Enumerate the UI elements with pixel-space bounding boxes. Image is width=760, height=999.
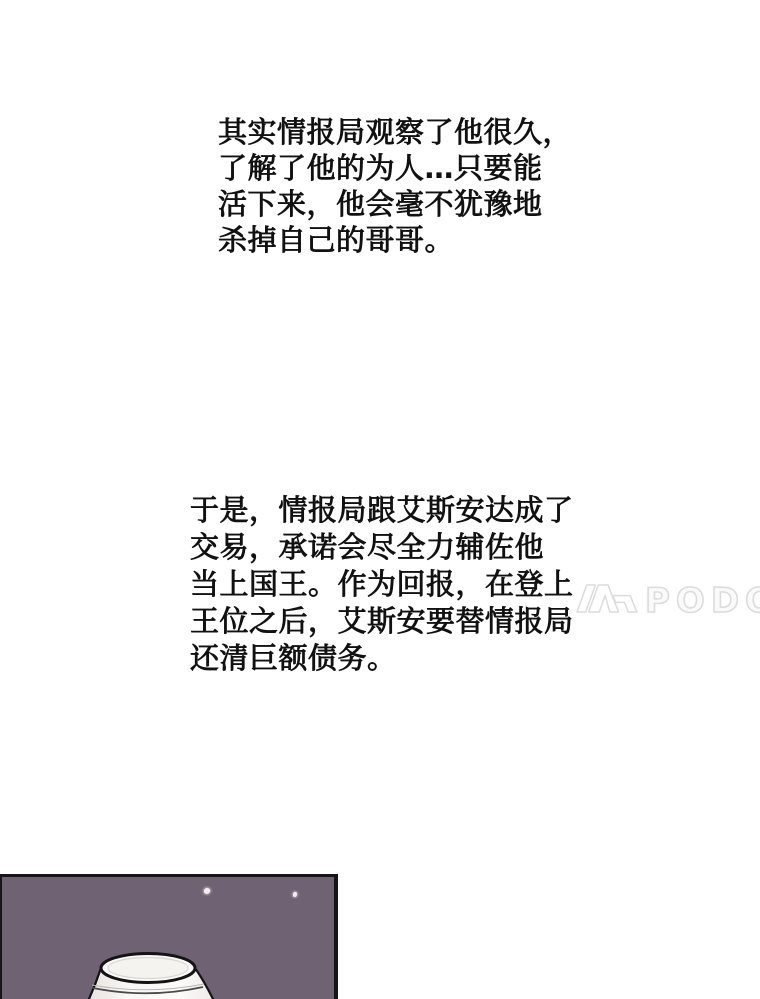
narration-line: 其实情报局观察了他很久，: [218, 114, 572, 150]
podo-logo-icon: [576, 584, 638, 617]
narration-line: 于是，情报局跟艾斯安达成了: [190, 492, 574, 529]
narration-line: 交易，承诺会尽全力辅佐他: [190, 529, 574, 566]
narration-line: 了解了他的为人…只要能: [218, 150, 572, 186]
narration-block-2: 于是，情报局跟艾斯安达成了 交易，承诺会尽全力辅佐他 当上国王。作为回报，在登上…: [190, 492, 574, 677]
webtoon-page: 其实情报局观察了他很久， 了解了他的为人…只要能 活下来，他会毫不犹豫地 杀掉自…: [0, 0, 760, 999]
podo-watermark-text: PODO: [645, 586, 760, 616]
narration-line: 王位之后，艾斯安要替情报局: [190, 603, 574, 640]
narration-line: 还清巨额债务。: [190, 640, 574, 677]
narration-block-1: 其实情报局观察了他很久， 了解了他的为人…只要能 活下来，他会毫不犹豫地 杀掉自…: [218, 114, 572, 258]
lampshade-illustration: [2, 877, 334, 999]
narration-line: 当上国王。作为回报，在登上: [190, 566, 574, 603]
narration-line: 活下来，他会毫不犹豫地: [218, 186, 572, 222]
comic-panel: [0, 874, 338, 999]
narration-line: 杀掉自己的哥哥。: [218, 222, 572, 258]
podo-watermark: PODO: [576, 584, 760, 617]
